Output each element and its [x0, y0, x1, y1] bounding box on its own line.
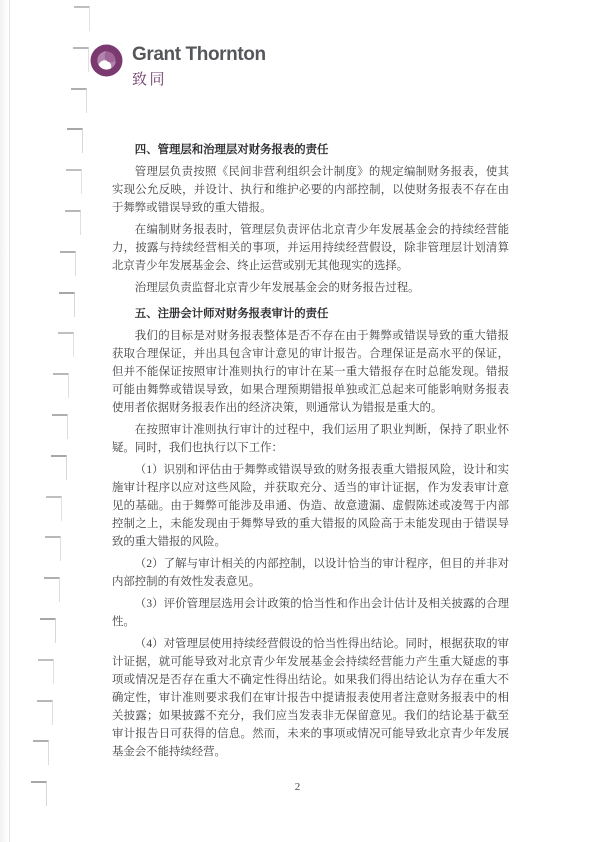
section-heading: 五、注册会计师对财务报表审计的责任	[112, 305, 509, 323]
scan-mark	[60, 251, 76, 276]
paragraph: （4）对管理层使用持续经营假设的恰当性得出结论。同时，根据获取的审计证据，就可能…	[112, 635, 509, 761]
paragraph: 在编制财务报表时，管理层负责评估北京青少年发展基金会的持续经营能力，披露与持续经…	[112, 221, 509, 275]
scan-mark	[33, 740, 49, 765]
paragraph: 管理层负责按照《民间非营利组织会计制度》的规定编制财务报表，使其实现公允反映，并…	[112, 163, 509, 217]
page-edge-shade	[0, 0, 8, 842]
scan-mark	[67, 128, 83, 153]
scan-mark	[45, 536, 61, 561]
grant-thornton-roundel-icon	[90, 44, 123, 77]
scan-mark	[71, 88, 87, 113]
grant-thornton-logo: Grant Thornton 致同	[90, 44, 266, 89]
scan-mark	[65, 210, 81, 235]
scan-mark	[58, 332, 74, 357]
section-heading: 四、管理层和治理层对财务报表的责任	[112, 141, 509, 159]
paragraph: （3）评价管理层选用会计政策的恰当性和作出会计估计及相关披露的合理性。	[112, 595, 509, 631]
scan-mark	[51, 455, 67, 480]
scan-mark	[44, 577, 60, 602]
document-body: 四、管理层和治理层对财务报表的责任 管理层负责按照《民间非营利组织会计制度》的规…	[112, 133, 509, 765]
paragraph: （2）了解与审计相关的内部控制，以设计恰当的审计程序，但目的并非对内部控制的有效…	[112, 555, 509, 591]
scan-mark	[40, 618, 56, 643]
scan-mark	[53, 373, 69, 398]
scanned-document-page: Grant Thornton 致同 四、管理层和治理层对财务报表的责任 管理层负…	[0, 0, 595, 842]
scan-mark	[74, 6, 90, 31]
paragraph: （1）识别和评估由于舞弊或错误导致的财务报表重大错报风险，设计和实施审计程序以应…	[112, 461, 509, 551]
scan-mark	[52, 414, 68, 439]
scan-mark	[37, 700, 53, 725]
brand-wordmark: Grant Thornton	[132, 44, 266, 65]
page-number: 2	[0, 781, 595, 793]
paragraph: 治理层负责监督北京青少年发展基金会的财务报告过程。	[112, 279, 509, 297]
page-edge-line	[9, 0, 10, 842]
scan-mark	[73, 47, 89, 72]
scan-mark	[38, 659, 54, 684]
scan-mark	[46, 496, 62, 521]
scan-mark	[66, 169, 82, 194]
paragraph: 在按照审计准则执行审计的过程中，我们运用了职业判断，保持了职业怀疑。同时，我们也…	[112, 421, 509, 457]
paragraph: 我们的目标是对财务报表整体是否不存在由于舞弊或错误导致的重大错报获取合理保证，并…	[112, 327, 509, 417]
scan-mark	[59, 292, 75, 317]
brand-wordmark-chinese: 致同	[132, 68, 266, 89]
